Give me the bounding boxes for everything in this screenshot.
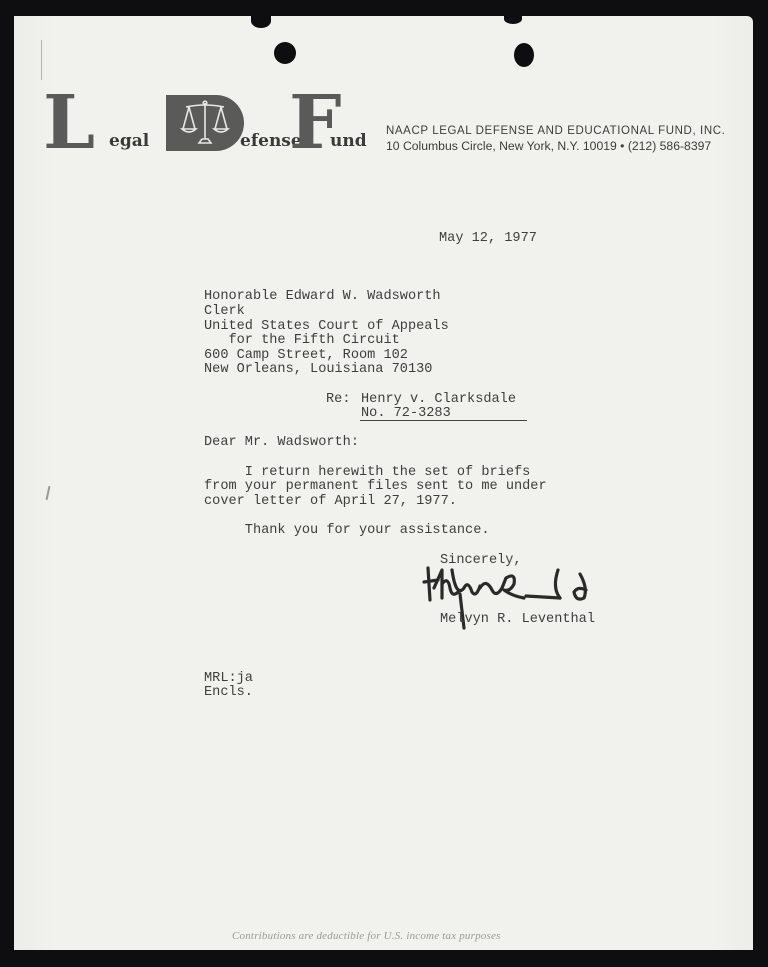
recipient-line: Clerk — [204, 305, 245, 320]
letter-date: May 12, 1977 — [439, 232, 537, 247]
recipient-line: Honorable Edward W. Wadsworth — [204, 290, 441, 305]
punch-notch — [504, 14, 522, 24]
case-number-underline — [360, 420, 527, 421]
body-line: from your permanent files sent to me und… — [204, 480, 547, 495]
organization-name: NAACP LEGAL DEFENSE AND EDUCATIONAL FUND… — [386, 125, 725, 137]
logo-letter-d — [166, 95, 244, 151]
punch-hole — [514, 43, 534, 67]
logo-letter-l: L — [43, 93, 93, 153]
logo-word-und: und — [330, 131, 367, 151]
ldf-logo: L egal efense F und — [43, 93, 373, 153]
recipient-line: New Orleans, Louisiana 70130 — [204, 363, 432, 378]
recipient-line: for the Fifth Circuit — [204, 334, 400, 349]
signer-name: Melvyn R. Leventhal — [440, 613, 595, 628]
paper-mark — [46, 486, 51, 500]
scales-of-justice-icon — [180, 99, 230, 147]
organization-address: 10 Columbus Circle, New York, N.Y. 10019… — [386, 139, 711, 153]
logo-word-egal: egal — [109, 131, 149, 151]
thank-you-line: Thank you for your assistance. — [204, 524, 490, 539]
re-label: Re: — [326, 393, 350, 408]
body-line: cover letter of April 27, 1977. — [204, 495, 457, 510]
enclosures-note: Encls. — [204, 686, 253, 701]
salutation: Dear Mr. Wadsworth: — [204, 436, 359, 451]
punch-hole — [274, 42, 296, 64]
punch-notch — [251, 14, 271, 28]
tax-deductible-footer: Contributions are deductible for U.S. in… — [232, 930, 501, 942]
paper-crease — [41, 40, 42, 80]
